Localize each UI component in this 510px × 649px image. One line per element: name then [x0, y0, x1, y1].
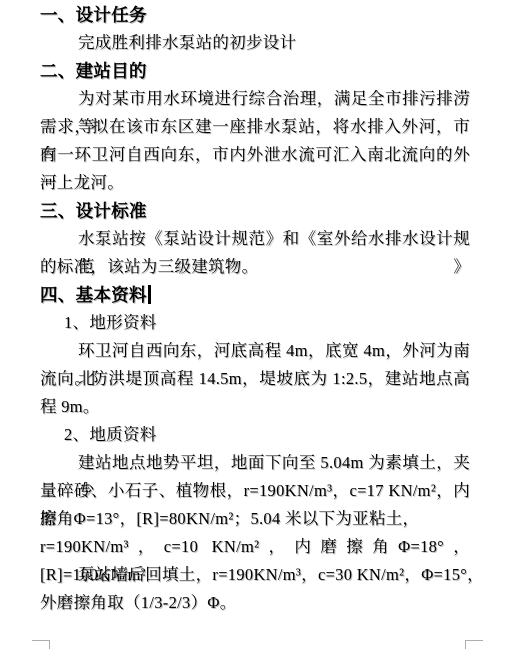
body-line: 建站地点地势平坦，地面下向至 5.04m 为素填土，夹少 — [78, 449, 470, 477]
body-line: 一上龙河。 — [40, 169, 470, 197]
subheading-terrain: 1、地形资料 — [40, 309, 470, 337]
body-line: 水泵站按《泵站设计规范》和《室外给水排水设计规范》 — [78, 225, 470, 253]
body-line: 环卫河自西向东，河底高程 4m，底宽 4m，外河为南北 — [78, 337, 470, 365]
body-line: 为对某市用水环境进行综合治理，满足全市排污排涝等 — [78, 85, 470, 113]
body-line: 外磨擦角取（1/3-2/3）Φ。 — [40, 589, 470, 617]
body-line: 完成胜利排水泵站的初步设计 — [40, 29, 470, 57]
section-heading-1: 一、设计任务 — [40, 1, 470, 29]
margin-crop-mark-right-vertical — [465, 640, 466, 649]
body-line: 程 9m。 — [40, 393, 470, 421]
document-page[interactable]: 一、设计任务 完成胜利排水泵站的初步设计 二、建站目的 为对某市用水环境进行综合… — [0, 0, 510, 649]
body-line: 有一环卫河自西向东，市内外泄水流可汇入南北流向的外河 — [40, 141, 470, 169]
section-heading-2: 二、建站目的 — [40, 57, 470, 85]
margin-crop-mark-right-horizontal — [465, 640, 483, 641]
text-cursor — [148, 285, 151, 304]
body-line: 泵站墙后回填土，r=190KN/m³，c=30 KN/m²，Φ=15°， — [40, 561, 470, 589]
body-line: r=190KN/m³，c=10 KN/m²，内磨擦角Φ=18°，[R]=100K… — [40, 533, 470, 561]
section-heading-4: 四、基本资料 — [40, 281, 470, 309]
section-heading-4-label: 四、基本资料 — [40, 285, 147, 305]
body-line: 擦角Φ=13°，[R]=80KN/m²；5.04 米以下为亚粘土， — [40, 505, 470, 533]
body-line: 流向。防洪堤顶高程 14.5m，堤坡底为 1:2.5，建站地点高 — [40, 365, 470, 393]
section-heading-3: 三、设计标准 — [40, 197, 470, 225]
document-text-area: 一、设计任务 完成胜利排水泵站的初步设计 二、建站目的 为对某市用水环境进行综合… — [40, 1, 470, 617]
margin-crop-mark-left-vertical — [49, 640, 50, 649]
subheading-geology: 2、地质资料 — [40, 421, 470, 449]
margin-crop-mark-left-horizontal — [32, 640, 50, 641]
body-line: 量碎砖、小石子、植物根，r=190KN/m³，c=17 KN/m²，内磨 — [40, 477, 470, 505]
body-line: 需求，拟在该市东区建一座排水泵站，将水排入外河，市内 — [40, 113, 470, 141]
